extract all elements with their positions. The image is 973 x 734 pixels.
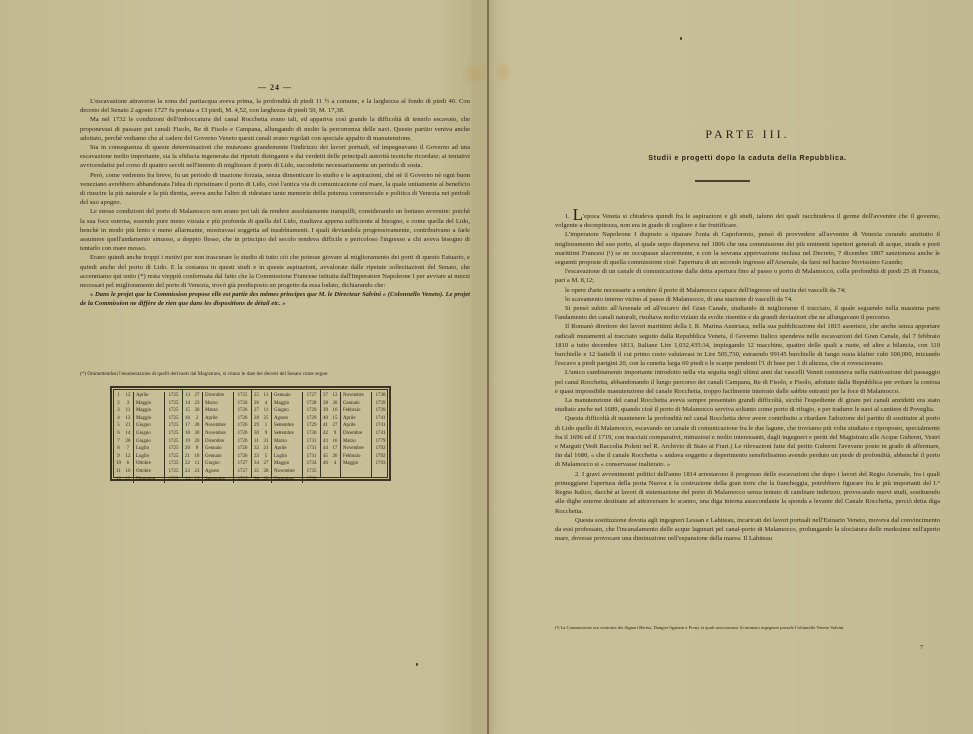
decree-day: 27 [192,392,202,400]
decree-day: 7 [123,445,133,453]
decree-day: 27 [330,422,340,430]
decree-month: Aprile [133,392,164,400]
decree-day: 11 [261,407,271,415]
decree-year: 1727 [233,468,251,476]
decree-month: Agosto [202,468,233,476]
table-row: 429Dicembre1741 [321,430,389,438]
table-row: 614Giugno1725 [114,430,182,438]
decree-month: Dicembre [202,392,233,400]
decree-month: Novembre [202,430,233,438]
decree-day: 17 [330,445,340,453]
table-row: 464Maggio1793 [321,460,389,468]
decree-month: Agosto [271,415,302,423]
table-row: 1327Dicembre1725 [183,392,251,400]
decree-year: 1734 [302,460,320,468]
table-row: 311Maggio1725 [114,407,182,415]
decree-year: 1741 [371,430,389,438]
table-row: 2513Gennaio1727 [252,392,320,400]
decree-year: 1731 [302,438,320,446]
right-page: PARTE III. Studii e progetti dopo la cad… [555,0,940,734]
decree-number: 34 [252,460,261,468]
decree-day: 12 [123,476,133,484]
decree-year: 1735 [302,476,320,484]
decree-month: Dicembre [340,430,371,438]
paragraph: L'imperatore Napoleone I disposto a ripa… [555,230,940,267]
right-page-body: 1. L'epoca Veneta si chiudeva quindi fra… [555,210,940,543]
decree-number: 17 [183,422,192,430]
gutter-shadow [470,0,510,734]
decree-number: 8 [114,445,123,453]
decree-day: 30 [192,430,202,438]
paragraph: Il Romanò direttore dei lavori marittimi… [555,322,940,368]
decree-number: 24 [183,476,192,484]
decree-number: 16 [183,415,192,423]
decree-month: Marzo [340,438,371,446]
paragraph: Le stesse condizioni del porto di Malamo… [80,207,470,253]
decree-month: Settembre [271,422,302,430]
decree-number: 27 [252,407,261,415]
decree-month: Novembre [340,445,371,453]
table-row: 2118Gennaio1726 [183,453,251,461]
decree-number: 29 [252,422,261,430]
table-row: 3528Novembre1735 [252,468,320,476]
table-row: 1728Novembre1726 [183,422,251,430]
decree-number: 26 [252,400,261,408]
table-row: 3221Aprile1731 [252,445,320,453]
decree-month: Novembre [340,392,371,400]
paragraph: La manutenzione del canal Rocchetta avev… [555,396,940,414]
decree-year: 1729 [302,415,320,423]
table-row: 2825Agosto1729 [252,415,320,423]
decree-month: Maggio [133,407,164,415]
decree-day: 5 [261,453,271,461]
decree-number: 19 [183,438,192,446]
table-row: 1212Dicembre1725 [114,476,182,484]
decree-day: 12 [123,453,133,461]
decree-month: Febbraio [340,453,371,461]
table-row: 3916Febbraio1739 [321,407,389,415]
paragraph: le opere d'arte necessarie a rendere il … [555,286,940,295]
decree-day: 1 [261,422,271,430]
decree-day: 18 [192,453,202,461]
decree-number: 5 [114,422,123,430]
book-spread: — 24 — L'escavazione attraverso la zona … [0,0,973,734]
decree-month: Luglio [133,445,164,453]
table-row: 1110Ottobre1725 [114,468,182,476]
decree-day: 8 [192,445,202,453]
paper-stain [492,60,514,84]
decree-number: 3 [114,407,123,415]
decree-day: 9 [330,430,340,438]
footnote: (¹) La Commissione era costituita dei Si… [555,625,940,631]
table-row: 264Maggio1728 [252,400,320,408]
paragraph: Si pensò subito all'Arsenale ed all'esca… [555,304,940,322]
decree-number: 39 [321,407,330,415]
decree-year: 1726 [233,400,251,408]
decree-year: 1792 [371,445,389,453]
decree-month: Dicembre [202,438,233,446]
decree-month: Giugno [133,438,164,446]
decree-year: 1731 [302,445,320,453]
decree-month: Marzo [271,438,302,446]
decree-day: 2 [192,415,202,423]
paragraph: Sia in conseguenza di queste determinazi… [80,143,470,171]
decree-year: 1725 [164,422,182,430]
decree-table-block: 3712Novembre17383830Gennaio17393916Febbr… [321,390,389,477]
table-row: 1530Marzo1726 [183,407,251,415]
decree-number: 38 [321,400,330,408]
table-row: 912Luglio1725 [114,453,182,461]
decree-day: 25 [261,415,271,423]
decree-day: 4 [261,400,271,408]
decree-month: Gennaio [202,445,233,453]
table-row: 4526Febbraio1792 [321,453,389,461]
table-row: 1423Marzo1726 [183,400,251,408]
decree-number: 36 [252,476,261,484]
decree-table-block: 112Aprile172523Maggio1725311Maggio172541… [114,390,183,477]
table-row: 291Settembre1729 [252,422,320,430]
decree-month: Aprile [340,422,371,430]
decree-year: 1725 [164,400,182,408]
decree-month: Aprile [271,445,302,453]
decree-year: 1725 [164,415,182,423]
left-page-body: L'escavazione attraverso la zona del par… [80,97,470,309]
opening-paragraph: 1. L'epoca Veneta si chiudeva quindi fra… [555,210,940,230]
decree-number: 41 [321,422,330,430]
table-row: 412Maggio1725 [114,415,182,423]
decree-day: 23 [192,400,202,408]
decree-month: Luglio [133,453,164,461]
table-row [321,472,389,477]
decree-day: 20 [192,438,202,446]
table-row: 1830Novembre1726 [183,430,251,438]
decree-year: 1725 [164,453,182,461]
table-row: 2711Giugno1729 [252,407,320,415]
decree-month: Marzo [202,407,233,415]
decree-month: Settembre [202,476,233,484]
decree-number: 13 [183,392,192,400]
decree-year: 1739 [371,400,389,408]
decree-month: Novembre [202,422,233,430]
decree-month: Giugno [133,430,164,438]
decree-year: 1738 [371,392,389,400]
part-title: PARTE III. [555,127,940,142]
decree-month: Gennaio [340,400,371,408]
decree-year: 1739 [371,407,389,415]
decree-year: 1725 [164,445,182,453]
decree-year: 1726 [233,415,251,423]
table-row: 2323Agosto1727 [183,468,251,476]
table-row: 3131Marzo1731 [252,438,320,446]
decree-day: 13 [192,476,202,484]
decree-day: 21 [261,445,271,453]
decree-number: 35 [252,468,261,476]
decree-year: 1726 [233,430,251,438]
decree-month: Gennaio [202,453,233,461]
part-subtitle: Studii e progetti dopo la caduta della R… [555,153,940,162]
table-row: 87Luglio1725 [114,445,182,453]
decree-year: 1725 [164,460,182,468]
decree-month: Maggio [271,460,302,468]
decree-year: 1727 [233,476,251,484]
decree-year: 1741 [371,422,389,430]
decree-year: 1725 [164,430,182,438]
table-row: 2211Giugno1727 [183,460,251,468]
decree-number: 46 [321,460,330,468]
decree-day: 4 [330,460,340,468]
table-row: 4417Novembre1792 [321,445,389,453]
decree-year: 1741 [371,415,389,423]
decree-number: 14 [183,400,192,408]
decree-day: 16 [330,407,340,415]
decree-year: 1730 [302,430,320,438]
decree-number: 43 [321,438,330,446]
section-2-paragraph: 2. I gravi avvenimenti politici dell'ann… [555,470,940,516]
table-row: 1920Dicembre1726 [183,438,251,446]
decree-day: 10 [123,468,133,476]
decree-number: 11 [114,468,123,476]
paragraph-text: 'epoca Veneta si chiudeva quindi fra le … [555,213,940,229]
decree-day: 30 [192,407,202,415]
section-number: 1. [565,213,570,220]
decree-year [371,472,389,477]
decree-day: 28 [192,422,202,430]
decree-day: 30 [330,400,340,408]
table-row: 3712Novembre1738 [321,392,389,400]
decree-day: 11 [123,407,133,415]
decree-number: 40 [321,415,330,423]
decree-day: 11 [192,460,202,468]
decree-year: 1792 [371,453,389,461]
paragraph: lo scavamento interno vicino al passo di… [555,295,940,304]
decree-month: Aprile [340,415,371,423]
decree-month: Ottobre [133,468,164,476]
decree-month: Maggio [271,400,302,408]
decree-year: 1725 [164,468,182,476]
decree-month: Maggio [133,415,164,423]
decree-number: 20 [183,445,192,453]
decree-number: 22 [183,460,192,468]
decree-month: Giugno [133,422,164,430]
decree-year: 1725 [233,392,251,400]
decree-year: 1726 [233,407,251,415]
decree-year: 1779 [371,438,389,446]
decree-number: 25 [252,392,261,400]
decrees-table-body: 112Aprile172523Maggio1725311Maggio172541… [113,389,388,478]
paragraph: L'escavazione attraverso la zona del par… [80,97,470,115]
french-quotation: « Dans le projet que la Commission propo… [80,290,470,308]
table-row: 4015Aprile1741 [321,415,389,423]
page-number: — 24 — [80,83,470,92]
decree-month: Febbraio [340,407,371,415]
decree-number: 9 [114,453,123,461]
decree-number: 15 [183,407,192,415]
table-row: 23Maggio1725 [114,400,182,408]
decree-year: 1725 [164,407,182,415]
decree-number [321,472,330,477]
decree-number: 32 [252,445,261,453]
decree-month: Novembre [271,468,302,476]
decree-number: 30 [252,430,261,438]
decree-number: 42 [321,430,330,438]
paragraph: Ma nel 1732 le condizioni dell'imboccatu… [80,115,470,143]
decree-month: Luglio [271,453,302,461]
decree-day: 15 [330,415,340,423]
table-row: 4316Marzo1779 [321,438,389,446]
decree-month: Dicembre [271,476,302,484]
decree-number: 4 [114,415,123,423]
decree-year: 1735 [302,468,320,476]
decree-day: 20 [261,476,271,484]
decree-month: Dicembre [133,476,164,484]
decree-year: 1725 [164,476,182,484]
left-page: — 24 — L'escavazione attraverso la zona … [80,0,470,734]
title-rule [695,180,750,182]
decree-day: 16 [330,438,340,446]
decree-number: 7 [114,438,123,446]
table-row: 728Giugno1725 [114,438,182,446]
decree-day: 21 [123,422,133,430]
decree-year: 1793 [371,460,389,468]
decree-number: 28 [252,415,261,423]
decree-day: 12 [123,392,133,400]
decree-day: 31 [261,438,271,446]
decree-year: 1726 [233,422,251,430]
decree-number: 2 [114,400,123,408]
decree-number: 33 [252,453,261,461]
decree-year: 1726 [233,453,251,461]
decree-number: 45 [321,453,330,461]
decree-number: 10 [114,460,123,468]
decree-month: Maggio [133,400,164,408]
decree-number: 44 [321,445,330,453]
decree-month: Giugno [271,407,302,415]
decree-table-block: 1327Dicembre17251423Marzo17261530Marzo17… [183,390,252,477]
decree-day: 3 [123,400,133,408]
decree-month: Gennaio [271,392,302,400]
decree-number: 12 [114,476,123,484]
decree-year: 1729 [302,407,320,415]
table-row: 112Aprile1725 [114,392,182,400]
table-row: 309Settembre1730 [252,430,320,438]
decree-year: 1725 [164,392,182,400]
decree-year: 1727 [233,460,251,468]
decree-year: 1731 [302,453,320,461]
decree-day: 12 [330,392,340,400]
decree-number: 31 [252,438,261,446]
table-row: 335Luglio1731 [252,453,320,461]
decree-month: Aprile [202,415,233,423]
decree-day: 13 [261,392,271,400]
decree-day: 23 [192,468,202,476]
decree-day: 27 [261,460,271,468]
table-row: 208Gennaio1726 [183,445,251,453]
paragraph: Erano quindi anche troppi i motivi per n… [80,253,470,290]
decree-number: 1 [114,392,123,400]
decree-year: 1726 [233,445,251,453]
paragraph: l'escavazione di un canale di comunicazi… [555,267,940,285]
decree-year: 1728 [302,400,320,408]
decree-number: 21 [183,453,192,461]
decree-day: 9 [261,430,271,438]
decree-month: Ottobre [133,460,164,468]
decree-day: 12 [123,415,133,423]
decree-month: Settembre [271,430,302,438]
decree-day: 6 [123,460,133,468]
decree-month [340,472,371,477]
decree-year: 1726 [233,438,251,446]
table-row: 106Ottobre1725 [114,460,182,468]
decree-month: Maggio [340,460,371,468]
decree-year: 1727 [302,392,320,400]
decree-day: 14 [123,430,133,438]
book-gutter [487,0,489,734]
paragraph: Questa sostituzione dovuta agli ingegner… [555,516,940,544]
decree-number: 18 [183,430,192,438]
decree-number: 23 [183,468,192,476]
senate-decrees-table: 112Aprile172523Maggio1725311Maggio172541… [110,386,391,481]
decree-day: 26 [330,453,340,461]
footnote-intro: (*) Ommettendosi l'enumerazione di quell… [80,371,470,378]
decree-month: Marzo [202,400,233,408]
decree-table-block: 2513Gennaio1727264Maggio17282711Giugno17… [252,390,321,477]
decree-month: Giugno [202,460,233,468]
decree-day: 28 [123,438,133,446]
table-row: 2413Settembre1727 [183,476,251,484]
table-row: 3427Maggio1734 [252,460,320,468]
table-row: 162Aprile1726 [183,415,251,423]
table-row: 521Giugno1725 [114,422,182,430]
decree-day: 28 [261,468,271,476]
decree-day [330,472,340,477]
paragraph: Questa difficoltà di mantenere la profon… [555,414,940,469]
table-row: 4127Aprile1741 [321,422,389,430]
table-row: 3620Dicembre1735 [252,476,320,484]
table-row: 3830Gennaio1739 [321,400,389,408]
paragraph: Però, come vedremo fra breve, fu un peri… [80,171,470,208]
page-number: 7 [920,645,923,651]
paragraph: L'unico cambiamento importante introdott… [555,368,940,396]
decree-year: 1725 [164,438,182,446]
decree-number: 6 [114,430,123,438]
decree-year: 1729 [302,422,320,430]
decree-number: 37 [321,392,330,400]
